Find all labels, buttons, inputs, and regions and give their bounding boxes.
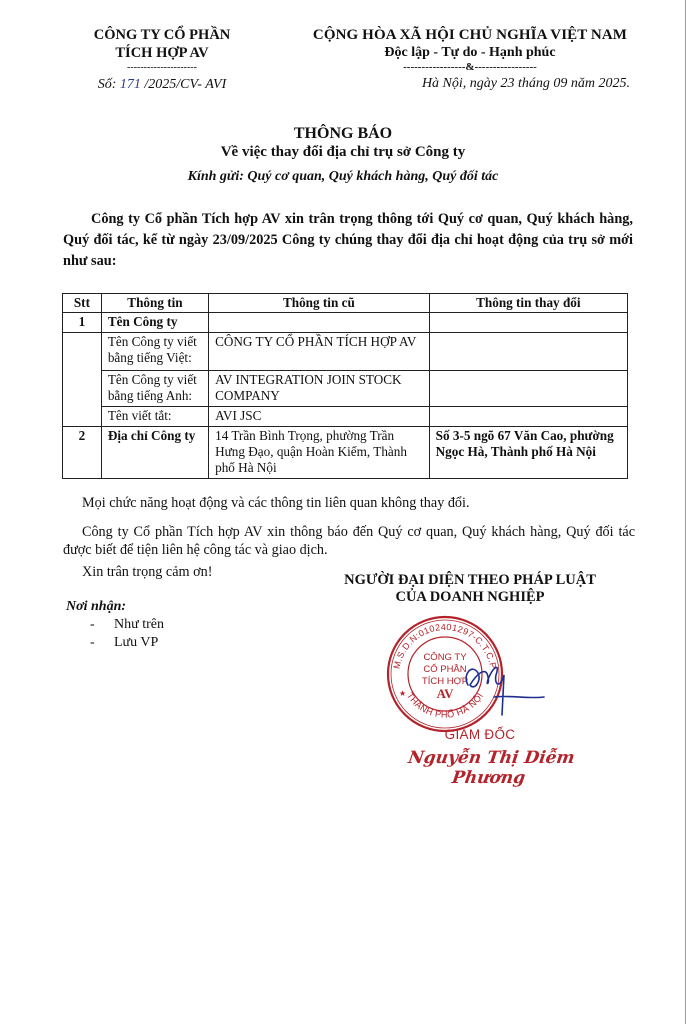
svg-text:AV: AV xyxy=(436,686,454,701)
issuer-header: CÔNG TY CỔ PHẦN TÍCH HỢP AV ------------… xyxy=(62,26,262,94)
cell-new xyxy=(429,333,627,371)
cell-old: AV INTEGRATION JOIN STOCK COMPANY xyxy=(209,371,430,407)
place-date: Hà Nội, ngày 23 tháng 09 năm 2025. xyxy=(300,75,640,93)
header-separator-right: -----------------&----------------- xyxy=(300,61,640,73)
cell-info: Tên Công ty viết bằng tiếng Anh: xyxy=(101,371,208,407)
table-row: 1 Tên Công ty xyxy=(63,313,628,333)
column-header: Stt xyxy=(63,294,102,313)
document-subject: Về việc thay đổi địa chỉ trụ sở Công ty xyxy=(0,143,686,162)
signer-title: NGƯỜI ĐẠI DIỆN THEO PHÁP LUẬT CỦA DOANH … xyxy=(320,572,620,606)
header-separator-left: --------------------- xyxy=(62,62,262,74)
intro-paragraph: Công ty Cổ phần Tích hợp AV xin trân trọ… xyxy=(63,209,633,272)
column-header: Thông tin xyxy=(101,294,208,313)
cell-info: Tên viết tắt: xyxy=(101,407,208,427)
recipients-list: Như trên Lưu VP xyxy=(66,616,164,652)
recipient-item: Như trên xyxy=(90,616,164,634)
cell-new xyxy=(429,371,627,407)
column-header: Thông tin cũ xyxy=(209,294,430,313)
doc-number-suffix: /2025/CV- AVI xyxy=(141,77,226,92)
doc-number-prefix: Số: xyxy=(98,77,120,92)
signer-role: GIÁM ĐỐC xyxy=(420,727,540,742)
body-paragraph-2: Công ty Cổ phần Tích hợp AV xin thông bá… xyxy=(63,523,635,559)
signer-title-line1: NGƯỜI ĐẠI DIỆN THEO PHÁP LUẬT xyxy=(320,572,620,589)
cell-new xyxy=(429,407,627,427)
cell-info: Địa chỉ Công ty xyxy=(101,427,208,479)
addressee: Kính gửi: Quý cơ quan, Quý khách hàng, Q… xyxy=(0,168,686,186)
recipient-item: Lưu VP xyxy=(90,634,164,652)
cell-stt: 1 xyxy=(63,313,102,333)
company-name-line1: CÔNG TY CỔ PHẦN xyxy=(62,26,262,44)
signer-title-line2: CỦA DOANH NGHIỆP xyxy=(320,589,620,606)
table-row: 2 Địa chỉ Công ty 14 Trần Bình Trọng, ph… xyxy=(63,427,628,479)
document-page: CÔNG TY CỔ PHẦN TÍCH HỢP AV ------------… xyxy=(0,0,686,1024)
signature-icon xyxy=(460,645,550,725)
svg-text:★: ★ xyxy=(399,689,406,698)
doc-number-handwritten: 171 xyxy=(120,77,141,92)
table-row: Tên viết tắt: AVI JSC xyxy=(63,407,628,427)
cell-old: AVI JSC xyxy=(209,407,430,427)
change-info-table: Stt Thông tin Thông tin cũ Thông tin tha… xyxy=(62,293,628,479)
cell-info: Tên Công ty xyxy=(101,313,208,333)
national-title: CỘNG HÒA XÃ HỘI CHỦ NGHĨA VIỆT NAM xyxy=(300,26,640,44)
cell-stt xyxy=(63,333,102,427)
cell-new: Số 3-5 ngõ 67 Văn Cao, phường Ngọc Hà, T… xyxy=(429,427,627,479)
table-header-row: Stt Thông tin Thông tin cũ Thông tin tha… xyxy=(63,294,628,313)
national-header: CỘNG HÒA XÃ HỘI CHỦ NGHĨA VIỆT NAM Độc l… xyxy=(300,26,640,93)
company-name-line2: TÍCH HỢP AV xyxy=(62,44,262,62)
document-number: Số: 171 /2025/CV- AVI xyxy=(62,76,262,94)
cell-info: Tên Công ty viết bằng tiếng Việt: xyxy=(101,333,208,371)
signer-name: Nguyễn Thị Diễm Phương xyxy=(377,748,603,788)
cell-old: 14 Trần Bình Trọng, phường Trần Hưng Đạo… xyxy=(209,427,430,479)
cell-old: CÔNG TY CỔ PHẦN TÍCH HỢP AV xyxy=(209,333,430,371)
national-motto: Độc lập - Tự do - Hạnh phúc xyxy=(300,44,640,61)
cell-old xyxy=(209,313,430,333)
cell-stt: 2 xyxy=(63,427,102,479)
column-header: Thông tin thay đổi xyxy=(429,294,627,313)
table-row: Tên Công ty viết bằng tiếng Anh: AV INTE… xyxy=(63,371,628,407)
recipients-label: Nơi nhận: xyxy=(66,598,164,616)
table-row: Tên Công ty viết bằng tiếng Việt: CÔNG T… xyxy=(63,333,628,371)
document-heading: THÔNG BÁO xyxy=(0,124,686,143)
body-paragraph-1: Mọi chức năng hoạt động và các thông tin… xyxy=(63,494,635,512)
cell-new xyxy=(429,313,627,333)
recipients-block: Nơi nhận: Như trên Lưu VP xyxy=(66,598,164,652)
